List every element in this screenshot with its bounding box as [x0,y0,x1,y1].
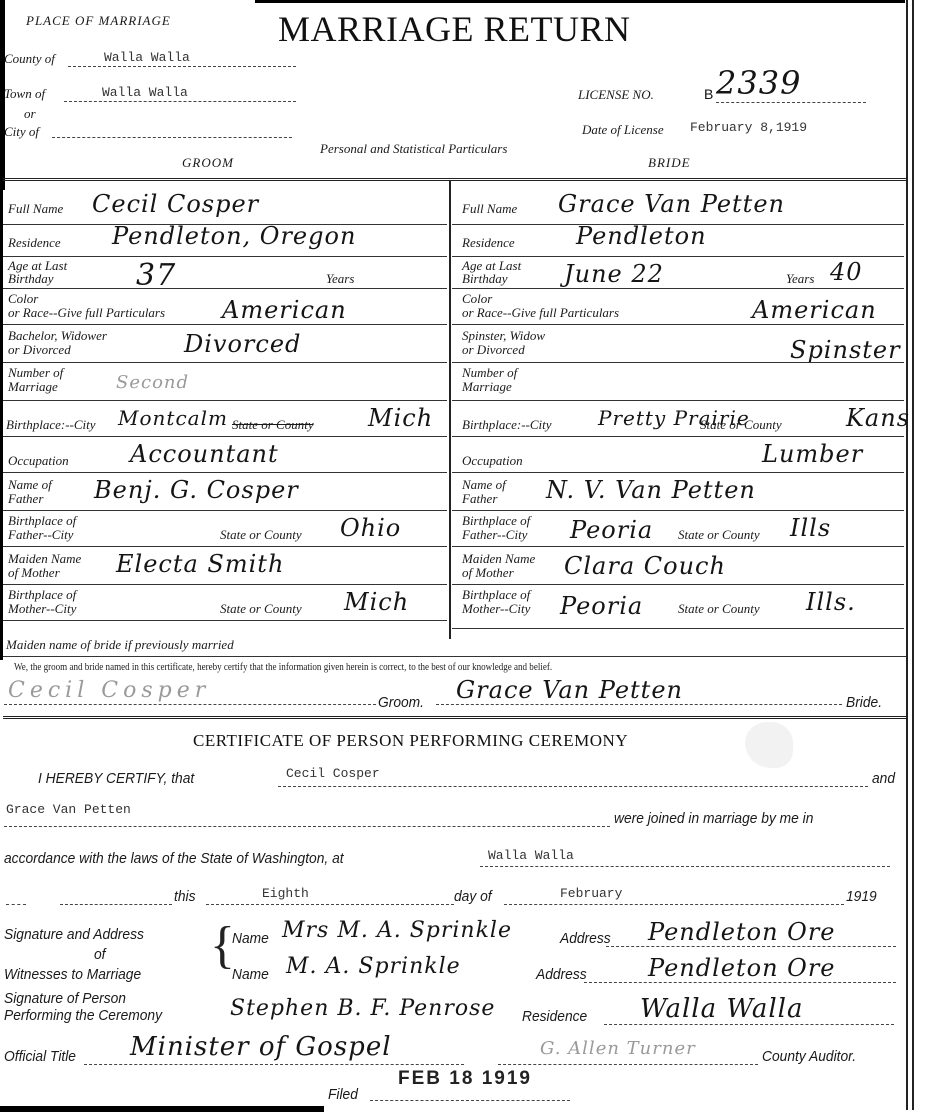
groom-status: Divorced [184,330,301,358]
row-rule [3,510,447,511]
filed-label: Filed [328,1086,358,1103]
groom-signature-line [4,704,376,705]
month-line [504,904,844,905]
bride-father-bp-state-label: State or County [678,528,760,541]
row-rule [3,620,447,621]
bride-years-label: Years [786,272,814,285]
scan-edge-bottom [0,1106,324,1112]
bride-father-bp-state: Ills [790,514,831,542]
affirmation-text: We, the groom and bride named in this ce… [14,662,552,673]
license-date-label: Date of License [582,123,664,136]
bride-age-label-2: Birthday [462,272,508,285]
groom-father-label: Name of [8,478,52,491]
groom-signature-label: Groom. [378,694,424,711]
bride-mother-bp-label-2: Mother--City [462,602,530,615]
groom-mother-label: Maiden Name [8,552,81,565]
witness-1-address: Pendleton Ore [648,918,836,946]
scan-edge [0,190,3,660]
groom-father-bp-state-label: State or County [220,528,302,541]
witness-heading-1: Signature and Address [4,926,144,943]
witness-heading-3: Witnesses to Marriage [4,966,141,983]
address-line [606,946,896,947]
address-line [584,982,896,983]
bride-status-label: Spinster, Widow [462,329,545,342]
bride-mother-label-2: of Mother [462,566,514,579]
filed-stamp: FEB 18 1919 [398,1068,532,1090]
bride-full-name: Grace Van Petten [558,190,785,218]
witness-2-address: Pendleton Ore [648,954,836,982]
bride-status: Spinster [790,336,901,364]
groom-heading: GROOM [182,156,234,169]
groom-color-label-2: or Race--Give full Particulars [8,306,165,319]
bride-status-label-2: or Divorced [462,343,525,356]
bride-signature-label: Bride. [846,694,882,711]
witness-1-name: Mrs M. A. Sprinkle [282,918,512,943]
top-border [255,0,905,3]
groom-marriage-num: Second [116,372,189,393]
witness-name-label: Name [232,966,269,983]
certificate-bride-name: Grace Van Petten [6,802,131,817]
groom-birthplace-state-label: State or County [232,418,314,431]
groom-color-label: Color [8,292,38,305]
row-rule [452,628,904,629]
license-date-value: February 8,1919 [690,120,807,135]
groom-full-name: Cecil Cosper [92,190,259,218]
officiant-label-1: Signature of Person [4,990,126,1007]
witness-name-label: Name [232,930,269,947]
certificate-groom-name: Cecil Cosper [286,766,380,781]
accordance-label: accordance with the laws of the State of… [4,850,344,867]
bride-occupation-label: Occupation [462,454,523,467]
bride-father-bp-label: Birthplace of [462,514,530,527]
bride-birthplace-state-label: State or County [700,418,782,431]
certificate-place: Walla Walla [488,848,574,863]
witness-heading-2: of [94,946,106,963]
groom-age-label-2: Birthday [8,272,54,285]
bride-color: American [752,296,877,324]
certificate-title: CERTIFICATE OF PERSON PERFORMING CEREMON… [193,731,628,751]
groom-signature: Cecil Cosper [8,678,210,703]
county-field: Walla Walla [68,52,296,67]
row-rule [452,288,904,289]
row-rule [3,546,447,547]
official-title-label: Official Title [4,1048,76,1065]
form-border-right [906,0,914,1110]
bride-mother-bp-state: Ills. [806,588,856,616]
license-label: LICENSE NO. [578,88,654,101]
and-label: and [872,770,895,787]
city-field [52,125,292,138]
bride-father-label: Name of [462,478,506,491]
groom-status-label: Bachelor, Widower [8,329,107,342]
groom-occupation-label: Occupation [8,454,69,467]
groom-father-bp-label: Birthplace of [8,514,76,527]
town-value: Walla Walla [102,85,188,100]
this-label: this [174,888,195,905]
row-rule [452,256,904,257]
row-rule [3,362,447,363]
maiden-name-label: Maiden name of bride if previously marri… [6,638,234,651]
license-number-field: 2339 [716,86,866,103]
table-top-rule [3,178,906,181]
license-number: 2339 [716,64,801,102]
row-rule [452,436,904,437]
groom-mother-bp-label: Birthplace of [8,588,76,601]
bride-color-label: Color [462,292,492,305]
groom-status-label-2: or Divorced [8,343,71,356]
groom-residence: Pendleton, Oregon [112,222,356,250]
joined-label: were joined in marriage by me in [614,810,813,827]
groom-marriage-num-label-2: Marriage [8,380,58,393]
groom-residence-label: Residence [8,236,61,249]
row-rule [452,472,904,473]
county-value: Walla Walla [104,50,190,65]
bride-color-label-2: or Race--Give full Particulars [462,306,619,319]
groom-mother-bp-state-label: State or County [220,602,302,615]
city-label: City of [4,125,39,138]
groom-birthplace-label: Birthplace:--City [6,418,96,431]
groom-mother-label-2: of Mother [8,566,60,579]
bride-mother-bp-city: Peoria [560,592,643,620]
town-field: Walla Walla [64,87,296,102]
bride-marriage-num-label: Number of [462,366,517,379]
row-rule [3,656,906,657]
bride-birthplace-state: Kans [846,404,910,432]
county-label: County of [4,52,55,65]
bride-full-name-label: Full Name [462,202,517,215]
row-rule [3,584,447,585]
bride-mother-bp-state-label: State or County [678,602,760,615]
groom-years-label: Years [326,272,354,285]
row-rule [452,400,904,401]
bride-signature-line [436,704,842,705]
bride-occupation: Lumber [762,440,863,468]
certificate-day: Eighth [262,886,309,901]
groom-mother-bp-label-2: Mother--City [8,602,76,615]
witness-address-label: Address [536,966,587,983]
bride-father-bp-city: Peoria [570,516,653,544]
groom-mother-bp-state: Mich [344,588,409,616]
groom-father-label-2: Father [8,492,43,505]
filed-line [370,1100,570,1101]
bride-residence: Pendleton [576,222,707,250]
row-rule [452,324,904,325]
stain-mark [745,722,793,768]
official-title: Minister of Gospel [130,1032,392,1062]
row-rule [3,436,447,437]
auditor-line [498,1064,758,1065]
row-rule [452,546,904,547]
row-rule [3,256,447,257]
officiant-label-2: Performing the Ceremony [4,1007,162,1024]
place-line [480,866,890,867]
bride-father: N. V. Van Petten [546,476,756,504]
bride-father-label-2: Father [462,492,497,505]
dotted-leader [6,904,26,905]
groom-color: American [222,296,347,324]
officiant-residence-label: Residence [522,1008,587,1025]
bride-mother: Clara Couch [564,552,726,580]
day-line [206,904,454,905]
license-prefix: B [704,86,713,102]
particulars-heading: Personal and Statistical Particulars [320,142,507,155]
bride-age: 40 [830,258,863,286]
groom-name-line [278,786,868,787]
row-rule [452,510,904,511]
row-rule [3,324,447,325]
certify-label: I HEREBY CERTIFY, that [38,770,194,787]
page-title: MARRIAGE RETURN [278,8,631,50]
certificate-month: February [560,886,622,901]
bride-name-line [4,826,610,827]
groom-full-name-label: Full Name [8,202,63,215]
or-label: or [24,107,36,120]
dotted-leader [60,904,172,905]
officiant-residence: Walla Walla [640,994,803,1024]
auditor-label: County Auditor. [762,1048,856,1065]
groom-marriage-num-label: Number of [8,366,63,379]
officiant-signature: Stephen B. F. Penrose [230,996,495,1021]
bride-mother-bp-label: Birthplace of [462,588,530,601]
residence-line [604,1024,894,1025]
groom-mother: Electa Smith [116,550,284,578]
bride-marriage-num-label-2: Marriage [462,380,512,393]
bride-signature: Grace Van Petten [456,676,683,704]
bride-heading: BRIDE [648,156,691,169]
place-of-marriage-heading: PLACE OF MARRIAGE [26,14,171,27]
witness-2-name: M. A. Sprinkle [286,954,461,979]
row-rule [3,288,447,289]
official-title-line [84,1064,464,1065]
groom-occupation: Accountant [130,440,279,468]
groom-birthplace-city: Montcalm [118,406,228,430]
day-of-label: day of [454,888,492,905]
certificate-year: 1919 [846,888,877,905]
town-label: Town of [4,87,45,100]
bride-father-bp-label-2: Father--City [462,528,527,541]
bride-birthplace-label: Birthplace:--City [462,418,552,431]
row-rule [452,362,904,363]
auditor-signature: G. Allen Turner [540,1038,696,1059]
witness-address-label: Address [560,930,611,947]
groom-birthplace-state: Mich [368,404,433,432]
groom-father: Benj. G. Cosper [94,476,299,504]
column-divider [449,181,451,639]
section-rule [3,716,906,719]
row-rule [3,400,447,401]
groom-father-bp-label-2: Father--City [8,528,73,541]
bride-residence-label: Residence [462,236,515,249]
row-rule [3,472,447,473]
groom-father-bp-state: Ohio [340,514,401,542]
bride-birthday: June 22 [564,260,664,288]
row-rule [452,584,904,585]
bride-mother-label: Maiden Name [462,552,535,565]
